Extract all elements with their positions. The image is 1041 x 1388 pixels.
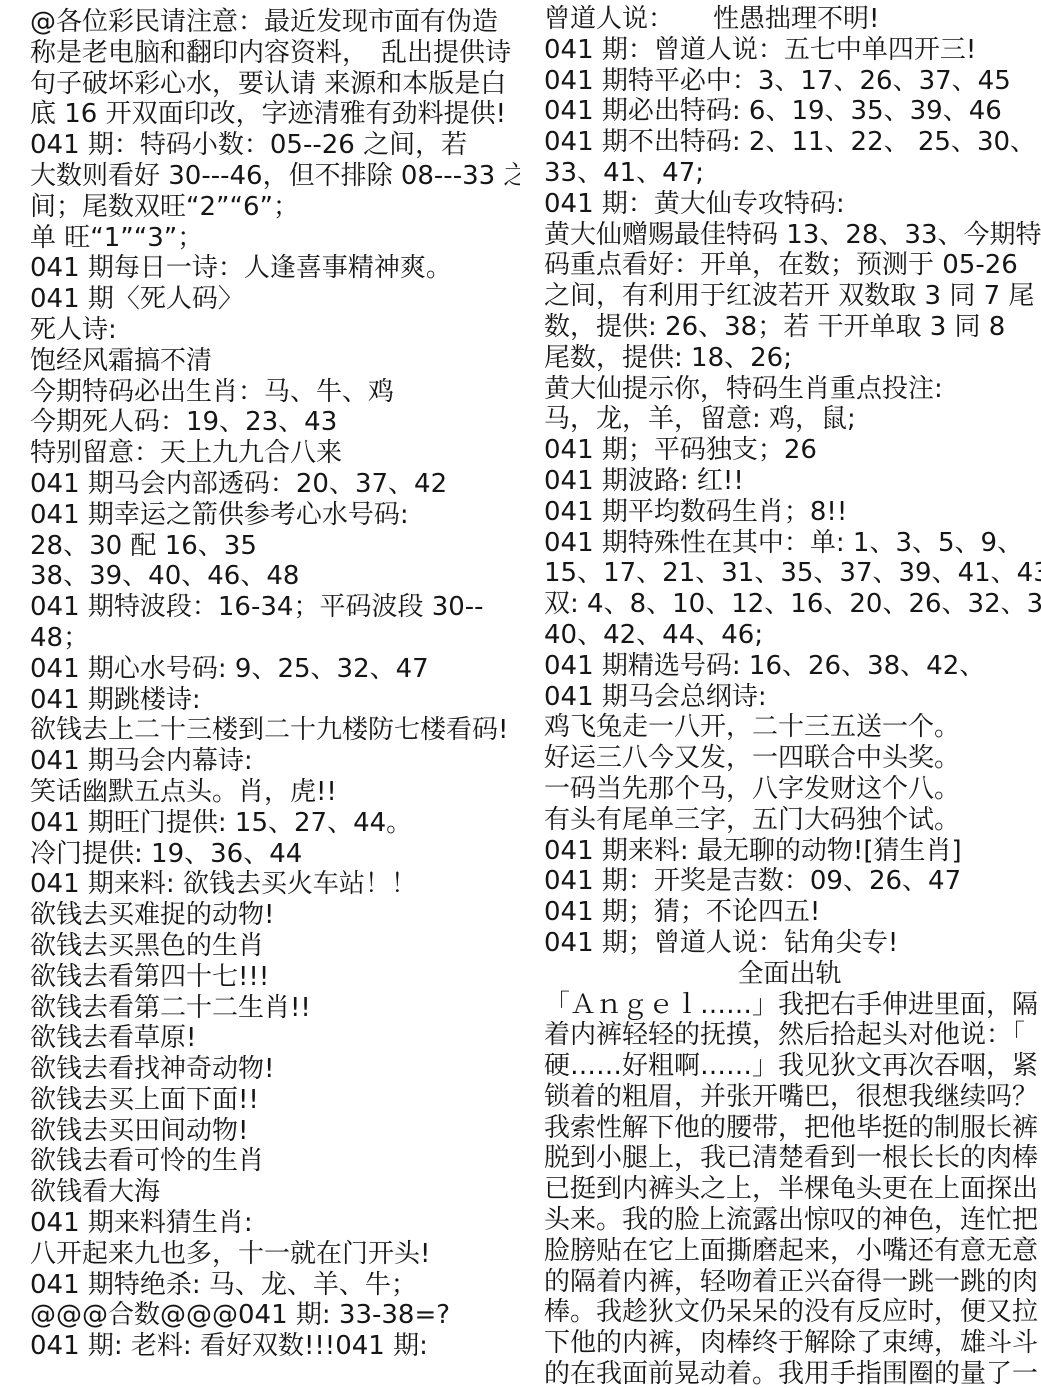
text-line: 称是老电脑和翻印内容资料， 乱出提供诗 [30, 38, 508, 69]
text-line: 041 期特波段：16-34；平码波段 30-- [30, 592, 508, 623]
text-line: 欲钱去看可怜的生肖 [30, 1146, 508, 1177]
text-line: 33、41、47; [544, 158, 1035, 189]
right-column: 曾道人说： 性愚拙理不明!041 期：曾道人说：五七中单四开三!041 期特平必… [520, 0, 1041, 1388]
text-line: 041 期心水号码: 9、25、32、47 [30, 654, 508, 685]
text-line: 鸡飞兔走一八开，二十三五送一个。 [544, 712, 1035, 743]
text-line: 欲钱去买难捉的动物! [30, 900, 508, 931]
text-line: 041 期波路: 红!! [544, 466, 1035, 497]
text-line: 句子破坏彩心水，要认请 来源和本版是白 [30, 69, 508, 100]
text-line: 041 期：黄大仙专攻特码: [544, 189, 1035, 220]
text-line: 底 16 开双面印改，字迹清雅有劲料提供! [30, 99, 508, 130]
text-line: 欲钱去看第四十七!!! [30, 962, 508, 993]
text-line: 一码当先那个马，八字发财这个八。 [544, 774, 1035, 805]
text-line: 特别留意：天上九九合八来 [30, 438, 508, 469]
text-line: 棒。我趁狄文仍呆呆的没有反应时，便又拉 [544, 1297, 1035, 1328]
text-line: 041 期旺门提供: 15、27、44。 [30, 808, 508, 839]
text-line: 今期特码必出生肖：马、牛、鸡 [30, 377, 508, 408]
text-line: 欲钱看大海 [30, 1177, 508, 1208]
text-line: 041 期：曾道人说：五七中单四开三! [544, 35, 1035, 66]
text-line: 041 期来料猜生肖: [30, 1208, 508, 1239]
text-line: 041 期；曾道人说：钻角尖专! [544, 928, 1035, 959]
text-line: 之间，有利用于红波若开 双数取 3 同 7 尾 [544, 281, 1035, 312]
text-line: 欲钱去看找神奇动物! [30, 1054, 508, 1085]
text-line: 041 期特绝杀: 马、龙、羊、牛； [30, 1270, 508, 1301]
text-line: 好运三八今又发，一四联合中头奖。 [544, 743, 1035, 774]
text-line: 今期死人码：19、23、43 [30, 407, 508, 438]
text-line: 头来。我的脸上流露出惊叹的神色，连忙把 [544, 1205, 1035, 1236]
text-line: @@@合数@@@041 期: 33-38=? [30, 1300, 508, 1331]
text-line: 041 期必出特码: 6、19、35、39、46 [544, 96, 1035, 127]
text-line: 40、42、44、46; [544, 620, 1035, 651]
text-line: 曾道人说： 性愚拙理不明! [544, 4, 1035, 35]
text-line: 的隔着内裤，轻吻着正兴奋得一跳一跳的肉 [544, 1267, 1035, 1298]
text-line: 28、30 配 16、35 [30, 531, 508, 562]
text-line: 041 期每日一诗：人逢喜事精神爽。 [30, 253, 508, 284]
text-line: 041 期马会内幕诗: [30, 746, 508, 777]
text-line: 硬……好粗啊……」我见狄文再次吞咽，紧 [544, 1051, 1035, 1082]
text-line: 着内裤轻轻的抚摸，然后拾起头对他说：「 [544, 1020, 1035, 1051]
text-line: 041 期马会内部透码：20、37、42 [30, 469, 508, 500]
text-line: 041 期；平码独支；26 [544, 435, 1035, 466]
text-line: 欲钱去买田间动物! [30, 1116, 508, 1147]
text-line: 欲钱去买上面下面!! [30, 1085, 508, 1116]
text-line: 欲钱去看草原! [30, 1023, 508, 1054]
text-line: 数，提供: 26、38；若 干开单取 3 同 8 [544, 312, 1035, 343]
text-line: 马，龙，羊，留意: 鸡，鼠; [544, 404, 1035, 435]
text-line: 欲钱去上二十三楼到二十九楼防七楼看码! [30, 715, 508, 746]
text-line: 八开起来九也多，十一就在门开头! [30, 1239, 508, 1270]
text-line: 我索性解下他的腰带，把他毕挺的制服长裤 [544, 1113, 1035, 1144]
text-line: 的在我面前晃动着。我用手指围圈的量了一 [544, 1359, 1035, 1388]
text-line: 48； [30, 623, 508, 654]
text-line: 15、17、21、31、35、37、39、41、43; [544, 558, 1035, 589]
text-line: 041 期特殊性在其中：单: 1、3、5、9、 [544, 528, 1035, 559]
text-line: 黄大仙赠赐最佳特码 13、28、33、今期特 [544, 220, 1035, 251]
text-line: 38、39、40、46、48 [30, 561, 508, 592]
text-line: 041 期精选号码: 16、26、38、42、 [544, 651, 1035, 682]
lottery-tips-document: @各位彩民请注意：最近发现市面有伪造称是老电脑和翻印内容资料， 乱出提供诗句子破… [0, 0, 1041, 1388]
text-line: 黄大仙提示你，特码生肖重点投注: [544, 374, 1035, 405]
text-line: 冷门提供: 19、36、44 [30, 839, 508, 870]
text-line: 041 期跳楼诗: [30, 685, 508, 716]
text-line: 「Ａｎｇｅｌ……」我把右手伸进里面，隔 [544, 990, 1035, 1021]
text-line: 码重点看好：开单，在数；预测于 05-26 [544, 250, 1035, 281]
text-line: 041 期：开奖是吉数：09、26、47 [544, 866, 1035, 897]
text-line: 死人诗: [30, 315, 508, 346]
text-line: 041 期〈死人码〉 [30, 284, 508, 315]
text-line: 单 旺“1”“3”； [30, 223, 508, 254]
text-line: 锁着的粗眉，并张开嘴巴，很想我继续吗？ [544, 1082, 1035, 1113]
text-line: 041 期平均数码生肖；8!! [544, 497, 1035, 528]
text-line: 笑话幽默五点头。肖，虎!! [30, 777, 508, 808]
text-line: 041 期来料: 最无聊的动物![猜生肖] [544, 836, 1035, 867]
text-line: 041 期：特码小数：05--26 之间，若 [30, 130, 508, 161]
text-line: 041 期幸运之箭供参考心水号码: [30, 500, 508, 531]
text-line: 脸膀贴在它上面撕磨起来，小嘴还有意无意 [544, 1236, 1035, 1267]
text-line: 脱到小腿上，我已清楚看到一根长长的肉棒 [544, 1143, 1035, 1174]
left-column: @各位彩民请注意：最近发现市面有伪造称是老电脑和翻印内容资料， 乱出提供诗句子破… [0, 0, 520, 1388]
text-line: 饱经风霜搞不清 [30, 346, 508, 377]
text-line: 041 期来料: 欲钱去买火车站！！ [30, 869, 508, 900]
text-line: 欲钱去买黑色的生肖 [30, 931, 508, 962]
text-line: 041 期特平必中：3、17、26、37、45 [544, 66, 1035, 97]
text-line: 尾数，提供: 18、26; [544, 343, 1035, 374]
text-line: 已挺到内裤头之上，半棵龟头更在上面探出 [544, 1174, 1035, 1205]
text-line: 大数则看好 30---46，但不排除 08---33 之 [30, 161, 508, 192]
text-line: 041 期: 老料: 看好双数!!!041 期: [30, 1331, 508, 1362]
text-line: 全面出轨 [544, 959, 1035, 990]
text-line: 下他的内裤，肉棒终于解除了束缚，雄斗斗 [544, 1328, 1035, 1359]
text-line: 041 期不出特码: 2、11、22、 25、30、 [544, 127, 1035, 158]
text-line: 间；尾数双旺“2”“6”； [30, 192, 508, 223]
text-line: 欲钱去看第二十二生肖!! [30, 993, 508, 1024]
text-line: 有头有尾单三字，五门大码独个试。 [544, 805, 1035, 836]
text-line: 041 期；猜；不论四五! [544, 897, 1035, 928]
text-line: @各位彩民请注意：最近发现市面有伪造 [30, 7, 508, 38]
text-line: 041 期马会总纲诗: [544, 682, 1035, 713]
text-line: 双: 4、8、10、12、16、20、26、32、36 [544, 589, 1035, 620]
